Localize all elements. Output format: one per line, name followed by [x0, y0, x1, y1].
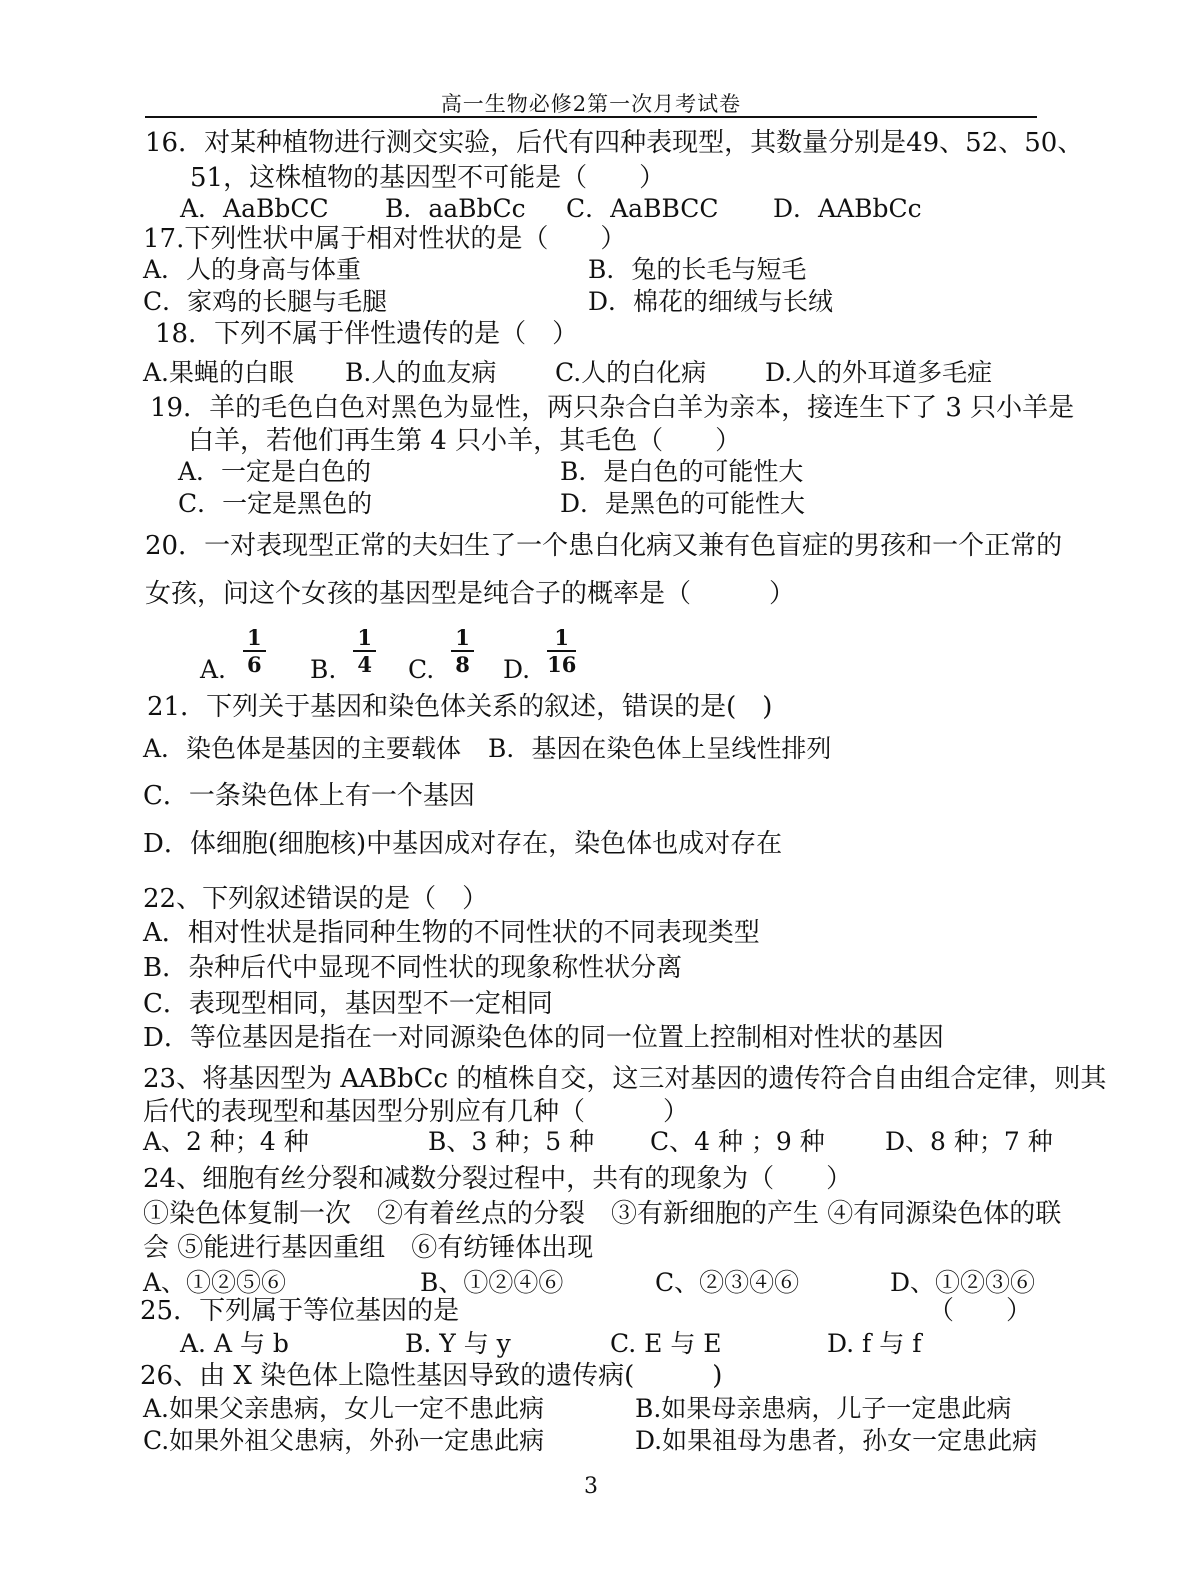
option-d-fraction: D. 1 16 [503, 634, 576, 684]
question-16-line-1: 16．对某种植物进行测交实验，后代有四种表现型，其数量分别是49、52、50、 [145, 128, 1083, 158]
question-23-options: A、2 种；4 种 B、3 种；5 种 C、4 种 ；9 种 D、8 种；7 种 [0, 1127, 1182, 1159]
fraction: 1 6 [243, 626, 266, 676]
option-c: C．AaBBCC [566, 194, 719, 224]
header-divider [145, 116, 1037, 118]
page-number: 3 [0, 1474, 1182, 1499]
question-19-options-cd: C．一定是黑色的 D．是黑色的可能性大 [0, 489, 1182, 521]
question-21-option-d: D．体细胞(细胞核)中基因成对存在，染色体也成对存在 [143, 829, 782, 859]
option-d: D．是黑色的可能性大 [560, 489, 805, 519]
option-letter: D. [503, 657, 530, 684]
question-22-stem: 22、下列叙述错误的是（ ） [143, 884, 488, 914]
question-21-options-ab: A．染色体是基因的主要载体 B．基因在染色体上呈线性排列 [0, 734, 1182, 766]
question-20-options: A. 1 6 B. 1 4 C. 1 8 D. 1 16 [0, 622, 1182, 684]
option-a: A．人的身高与体重 [143, 255, 361, 285]
question-20-line-1: 20．一对表现型正常的夫妇生了一个患白化病又兼有色盲症的男孩和一个正常的 [145, 531, 1062, 561]
exam-page: 高一生物必修2第一次月考试卷 16．对某种植物进行测交实验，后代有四种表现型，其… [0, 0, 1182, 1595]
option-b: B、①②④⑥ [420, 1268, 563, 1298]
question-24-items-line-1: ①染色体复制一次 ②有着丝点的分裂 ③有新细胞的产生 ④有同源染色体的联 [143, 1199, 1061, 1229]
page-header-title: 高一生物必修2第一次月考试卷 [0, 88, 1182, 118]
denominator: 6 [243, 652, 266, 676]
numerator: 1 [547, 626, 576, 652]
option-letter: B. [310, 657, 336, 684]
option-d: D．棉花的细绒与长绒 [588, 287, 833, 317]
question-17-options-cd: C．家鸡的长腿与毛腿 D．棉花的细绒与长绒 [0, 287, 1182, 319]
option-c: C. E 与 E [610, 1329, 722, 1359]
question-26-options-ab: A.如果父亲患病，女儿一定不患此病 B.如果母亲患病，儿子一定患此病 [0, 1394, 1182, 1426]
option-c: C、②③④⑥ [655, 1268, 799, 1298]
question-22-option-a: A．相对性状是指同种生物的不同性状的不同表现类型 [143, 918, 760, 948]
option-c: C.人的白化病 [555, 358, 706, 388]
option-a: A.如果父亲患病，女儿一定不患此病 [143, 1394, 544, 1424]
option-b: B. Y 与 y [405, 1329, 511, 1359]
option-a: A．AaBbCC [180, 194, 329, 224]
option-b: B．基因在染色体上呈线性排列 [488, 734, 831, 764]
option-a: A．一定是白色的 [178, 457, 371, 487]
question-16-line-2: 51，这株植物的基因型不可能是（ ） [190, 163, 665, 193]
option-d: D．AABbCc [773, 194, 922, 224]
option-a: A、2 种；4 种 [143, 1127, 309, 1157]
question-23-line-2: 后代的表现型和基因型分别应有几种（ ） [143, 1097, 689, 1127]
option-b: B．aaBbCc [385, 194, 526, 224]
question-19-line-1: 19．羊的毛色白色对黑色为显性，两只杂合白羊为亲本，接连生下了 3 只小羊是 [150, 393, 1074, 423]
option-c: C、4 种 ；9 种 [650, 1127, 825, 1157]
option-c: C．家鸡的长腿与毛腿 [143, 287, 387, 317]
question-17-options-ab: A．人的身高与体重 B．兔的长毛与短毛 [0, 255, 1182, 287]
option-a: A. A 与 b [180, 1329, 289, 1359]
option-b: B．是白色的可能性大 [560, 457, 803, 487]
question-22-option-b: B．杂种后代中显现不同性状的现象称性状分离 [143, 953, 682, 983]
fraction: 1 4 [353, 626, 376, 676]
question-24-items-line-2: 会 ⑤能进行基因重组 ⑥有纺锤体出现 [143, 1233, 593, 1263]
question-24-stem: 24、细胞有丝分裂和减数分裂过程中，共有的现象为（ ） [143, 1164, 852, 1194]
option-a: A．染色体是基因的主要载体 [143, 734, 461, 764]
option-letter: A. [200, 657, 226, 684]
option-c-fraction: C. 1 8 [408, 634, 474, 684]
question-20-line-2: 女孩，问这个女孩的基因型是纯合子的概率是（ ） [145, 579, 795, 609]
option-d: D、①②③⑥ [890, 1268, 1035, 1298]
denominator: 4 [353, 652, 376, 676]
option-d: D、8 种；7 种 [885, 1127, 1053, 1157]
option-d: D. f 与 f [827, 1329, 921, 1359]
question-25-stem-row: 25．下列属于等位基因的是 （ ） [0, 1296, 1182, 1328]
question-23-line-1: 23、将基因型为 AABbCc 的植株自交，这三对基因的遗传符合自由组合定律，则… [143, 1064, 1106, 1094]
question-26-stem: 26、由 X 染色体上隐性基因导致的遗传病( ) [140, 1361, 722, 1391]
question-19-line-2: 白羊，若他们再生第 4 只小羊，其毛色（ ） [188, 426, 741, 456]
option-letter: C. [408, 657, 434, 684]
option-c: C．一定是黑色的 [178, 489, 372, 519]
option-d: D.如果祖母为患者，孙女一定患此病 [635, 1426, 1037, 1456]
option-b: B、3 种；5 种 [428, 1127, 594, 1157]
option-b: B.人的血友病 [345, 358, 496, 388]
question-17-stem: 17.下列性状中属于相对性状的是（ ） [143, 224, 626, 254]
question-16-options: A．AaBbCC B．aaBbCc C．AaBBCC D．AABbCc [0, 194, 1182, 226]
question-26-options-cd: C.如果外祖父患病，外孙一定患此病 D.如果祖母为患者，孙女一定患此病 [0, 1426, 1182, 1458]
option-a: A、①②⑤⑥ [143, 1268, 286, 1298]
denominator: 16 [547, 652, 576, 676]
question-18-stem: 18．下列不属于伴性遗传的是（ ） [155, 319, 578, 349]
question-25-options: A. A 与 b B. Y 与 y C. E 与 E D. f 与 f [0, 1329, 1182, 1361]
numerator: 1 [353, 626, 376, 652]
option-d: D.人的外耳道多毛症 [765, 358, 992, 388]
option-b: B．兔的长毛与短毛 [588, 255, 806, 285]
question-18-options: A.果蝇的白眼 B.人的血友病 C.人的白化病 D.人的外耳道多毛症 [0, 358, 1182, 390]
question-25-answer-paren: （ ） [928, 1296, 1032, 1326]
option-a: A.果蝇的白眼 [143, 358, 294, 388]
fraction: 1 8 [451, 626, 474, 676]
question-21-option-c: C．一条染色体上有一个基因 [143, 781, 475, 811]
question-21-stem: 21．下列关于基因和染色体关系的叙述，错误的是( ) [147, 692, 772, 722]
option-a-fraction: A. 1 6 [200, 634, 266, 684]
option-b: B.如果母亲患病，儿子一定患此病 [635, 1394, 1011, 1424]
fraction: 1 16 [547, 626, 576, 676]
question-25-stem: 25．下列属于等位基因的是 [140, 1296, 459, 1326]
question-22-option-d: D．等位基因是指在一对同源染色体的同一位置上控制相对性状的基因 [143, 1023, 944, 1053]
question-19-options-ab: A．一定是白色的 B．是白色的可能性大 [0, 457, 1182, 489]
numerator: 1 [451, 626, 474, 652]
option-b-fraction: B. 1 4 [310, 634, 376, 684]
denominator: 8 [451, 652, 474, 676]
numerator: 1 [243, 626, 266, 652]
option-c: C.如果外祖父患病，外孙一定患此病 [143, 1426, 544, 1456]
question-22-option-c: C．表现型相同，基因型不一定相同 [143, 989, 553, 1019]
